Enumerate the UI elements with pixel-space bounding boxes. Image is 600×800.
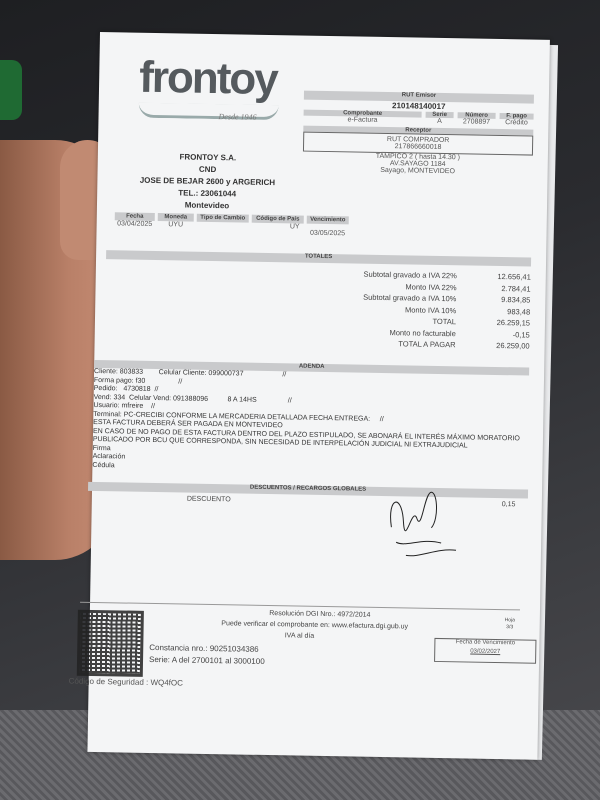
comprobante: e-Factura [303,116,421,125]
serie: A [425,118,453,125]
totales-value: 26.259,15 [470,317,530,330]
vencimiento-label: Fecha de Vencimiento [435,639,535,647]
info-header: Vencimiento [307,216,349,225]
iva-al-dia: IVA al día [249,632,349,641]
hoja-label: Hoja [495,617,525,624]
totales-value: 26.259,00 [469,339,529,352]
totales-title: TOTALES [106,250,531,266]
descuento-label: DESCUENTO [187,496,231,504]
totales-label: TOTAL A PAGAR [256,336,470,351]
issuer-block: FRONTOY S.A. CND JOSE DE BEJAR 2600 y AR… [117,150,298,213]
resolucion: Resolución DGI Nro.: 4972/2014 [220,609,420,619]
qr-code [77,610,144,677]
totales-value: 983,48 [470,305,530,318]
brand-tagline: Desde 1946 [218,112,256,122]
info-table: Fecha03/04/2025 MonedaUYU Tipo de Cambio… [114,212,354,237]
adenda-body: Cliente: 803833 Celular Cliente: 0990007… [92,368,534,478]
vencimiento-box: Fecha de Vencimiento 03/02/2027 [434,638,536,664]
info-value: UYU [158,221,194,229]
serie-rango: Serie: A del 2700101 al 3000100 [149,655,265,666]
background-object [0,60,22,120]
hoja: 3/3 [495,624,525,631]
issuer-city: Montevideo [117,198,297,213]
footer-divider [80,602,520,611]
fpago: Crédito [499,119,533,127]
signature [381,487,472,569]
logo-wave [139,103,279,120]
brand-logo: frontoy [139,53,277,105]
invoice-paper: frontoy Desde 1946 FRONTOY S.A. CND JOSE… [87,32,549,760]
vencimiento-date: 03/02/2027 [435,648,535,656]
totales-table: Subtotal gravado a IVA 22%12.656,41Monto… [105,264,531,352]
totales-value: 9.834,85 [470,294,530,307]
numero: 2708897 [457,118,495,126]
info-value: UY [252,223,304,231]
constancia: Constancia nro.: 90251034386 [149,643,259,654]
info-value: 03/05/2025 [306,230,348,238]
document-header: RUT Emisor 210148140017 Comprobante e-Fa… [303,91,534,177]
info-header: Tipo de Cambio [197,214,249,223]
verificar-text: Puede verificar el comprobante en: www.e… [180,619,450,631]
info-value: 03/04/2025 [115,220,155,228]
totales-value: 2.784,41 [470,282,530,295]
descuento-value: 0,15 [502,501,516,508]
